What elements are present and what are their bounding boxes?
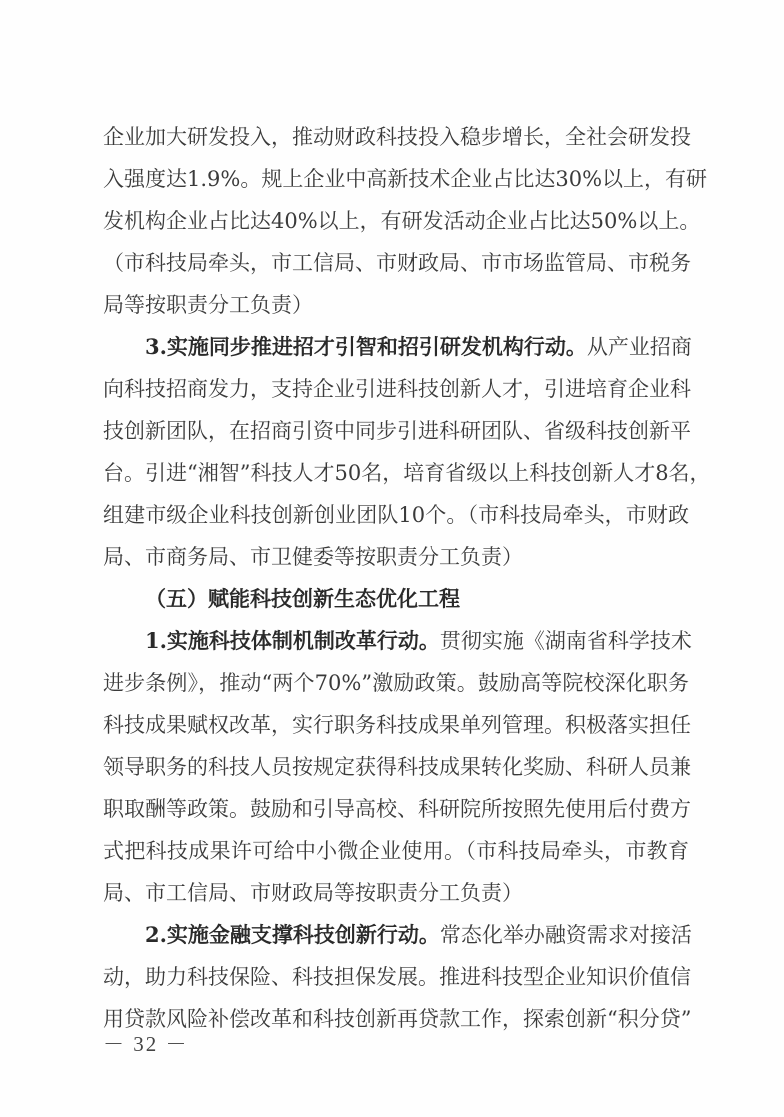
text-line: 组建市级企业科技创新创业团队10个。（市科技局牵头，市财政 [103, 494, 689, 536]
page-number: － 32 － [103, 1028, 189, 1058]
text-line: 向科技招商发力，支持企业引进科技创新人才，引进培育企业科 [103, 368, 689, 410]
paragraph-system-reform: 1.实施科技体制机制改革行动。贯彻实施《湖南省科学技术 进步条例》，推动“两个7… [103, 620, 689, 914]
text-line: 企业加大研发投入，推动财政科技投入稳步增长，全社会研发投 [103, 116, 689, 158]
paragraph-first-line: 1.实施科技体制机制改革行动。贯彻实施《湖南省科学技术 [103, 620, 689, 662]
paragraph-heading: 1.实施科技体制机制改革行动。 [145, 628, 440, 653]
text-line: 技创新团队，在招商引资中同步引进科研团队、省级科技创新平 [103, 410, 689, 452]
text-line: （市科技局牵头，市工信局、市财政局、市市场监管局、市税务 [103, 242, 689, 284]
text-line: 科技成果赋权改革，实行职务科技成果单列管理。积极落实担任 [103, 704, 689, 746]
paragraph-heading: 3.实施同步推进招才引智和招引研发机构行动。 [145, 334, 587, 359]
text-line: 用贷款风险补偿改革和科技创新再贷款工作，探索创新“积分贷” [103, 998, 689, 1040]
text-line: 动，助力科技保险、科技担保发展。推进科技型企业知识价值信 [103, 956, 689, 998]
text-line: 领导职务的科技人员按规定获得科技成果转化奖励、科研人员兼 [103, 746, 689, 788]
text-run: 从产业招商 [587, 335, 692, 359]
paragraph-talent-recruitment: 3.实施同步推进招才引智和招引研发机构行动。从产业招商 向科技招商发力，支持企业… [103, 326, 689, 578]
text-line: 入强度达1.9%。规上企业中高新技术企业占比达30%以上，有研 [103, 158, 689, 200]
paragraph-rd-investment: 企业加大研发投入，推动财政科技投入稳步增长，全社会研发投 入强度达1.9%。规上… [103, 116, 689, 326]
document-body: 企业加大研发投入，推动财政科技投入稳步增长，全社会研发投 入强度达1.9%。规上… [103, 116, 689, 1040]
text-line: 局等按职责分工负责） [103, 284, 689, 326]
text-line: 进步条例》，推动“两个70%”激励政策。鼓励高等院校深化职务 [103, 662, 689, 704]
text-line: 式把科技成果许可给中小微企业使用。（市科技局牵头，市教育 [103, 830, 689, 872]
paragraph-first-line: 2.实施金融支撑科技创新行动。常态化举办融资需求对接活 [103, 914, 689, 956]
text-run: 贯彻实施《湖南省科学技术 [440, 629, 692, 653]
paragraph-first-line: 3.实施同步推进招才引智和招引研发机构行动。从产业招商 [103, 326, 689, 368]
paragraph-finance-support: 2.实施金融支撑科技创新行动。常态化举办融资需求对接活 动，助力科技保险、科技担… [103, 914, 689, 1040]
text-run: 常态化举办融资需求对接活 [440, 923, 692, 947]
text-line: 局、市工信局、市财政局等按职责分工负责） [103, 872, 689, 914]
text-line: 职取酬等政策。鼓励和引导高校、科研院所按照先使用后付费方 [103, 788, 689, 830]
text-line: 发机构企业占比达40%以上，有研发活动企业占比达50%以上。 [103, 200, 689, 242]
text-line: 局、市商务局、市卫健委等按职责分工负责） [103, 536, 689, 578]
text-line: 台。引进“湘智”科技人才50名，培育省级以上科技创新人才8名， [103, 452, 689, 494]
paragraph-heading: 2.实施金融支撑科技创新行动。 [145, 922, 440, 947]
section-heading: （五）赋能科技创新生态优化工程 [103, 578, 689, 620]
document-page: 企业加大研发投入，推动财政科技投入稳步增长，全社会研发投 入强度达1.9%。规上… [0, 0, 784, 1117]
